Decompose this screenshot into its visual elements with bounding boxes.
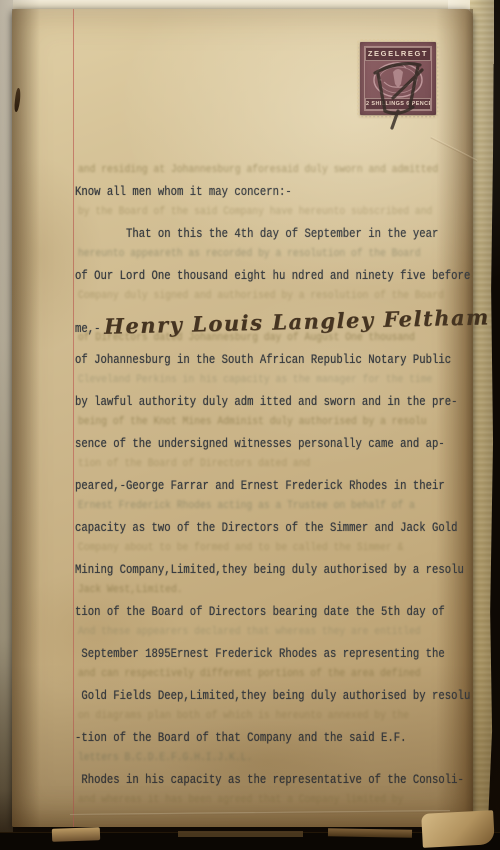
- scanned-deed-photograph: ZEGELREGT 2 SHILLINGS 6 PENCE: [0, 0, 500, 850]
- signature-row: me,- Henry Louis Langley Feltham: [0, 311, 500, 353]
- typed-line: peared,-George Farrar and Ernest Frederi…: [75, 479, 445, 493]
- typed-line: capacity as two of the Directors of the …: [75, 521, 458, 535]
- typed-line: That on this the 4th day of September in…: [75, 227, 438, 241]
- torn-page-edge-fragment: [178, 831, 303, 837]
- notary-handwritten-name: Henry Louis Langley Feltham: [104, 304, 490, 338]
- typed-line: of Johannesburg in the South African Rep…: [75, 353, 451, 367]
- curled-page-corner: [421, 810, 495, 848]
- typed-line: Mining Company,Limited,they being duly a…: [75, 563, 464, 577]
- typed-line: Gold Fields Deep,Limited,they being duly…: [75, 689, 470, 703]
- typed-line: tion of the Board of Directors bearing d…: [75, 605, 445, 619]
- typed-line: by lawful authority duly adm itted and s…: [75, 395, 458, 409]
- typed-line: of Our Lord One thousand eight hu ndred …: [75, 269, 470, 283]
- typed-line: Know all men whom it may concern:-: [75, 185, 292, 199]
- typed-line: Rhodes in his capacity as the representa…: [75, 773, 464, 787]
- torn-page-edge-fragment: [328, 828, 412, 837]
- typed-line: -tion of the Board of that Company and t…: [75, 731, 407, 745]
- typed-line: sence of the undersigned witnesses perso…: [75, 437, 445, 451]
- signature-prefix: me,-: [75, 322, 107, 336]
- torn-page-edge-fragment: [52, 827, 100, 842]
- typed-text-layer: Know all men whom it may concern:- That …: [0, 0, 500, 850]
- typed-line: September 1895Ernest Frederick Rhodes as…: [75, 647, 445, 661]
